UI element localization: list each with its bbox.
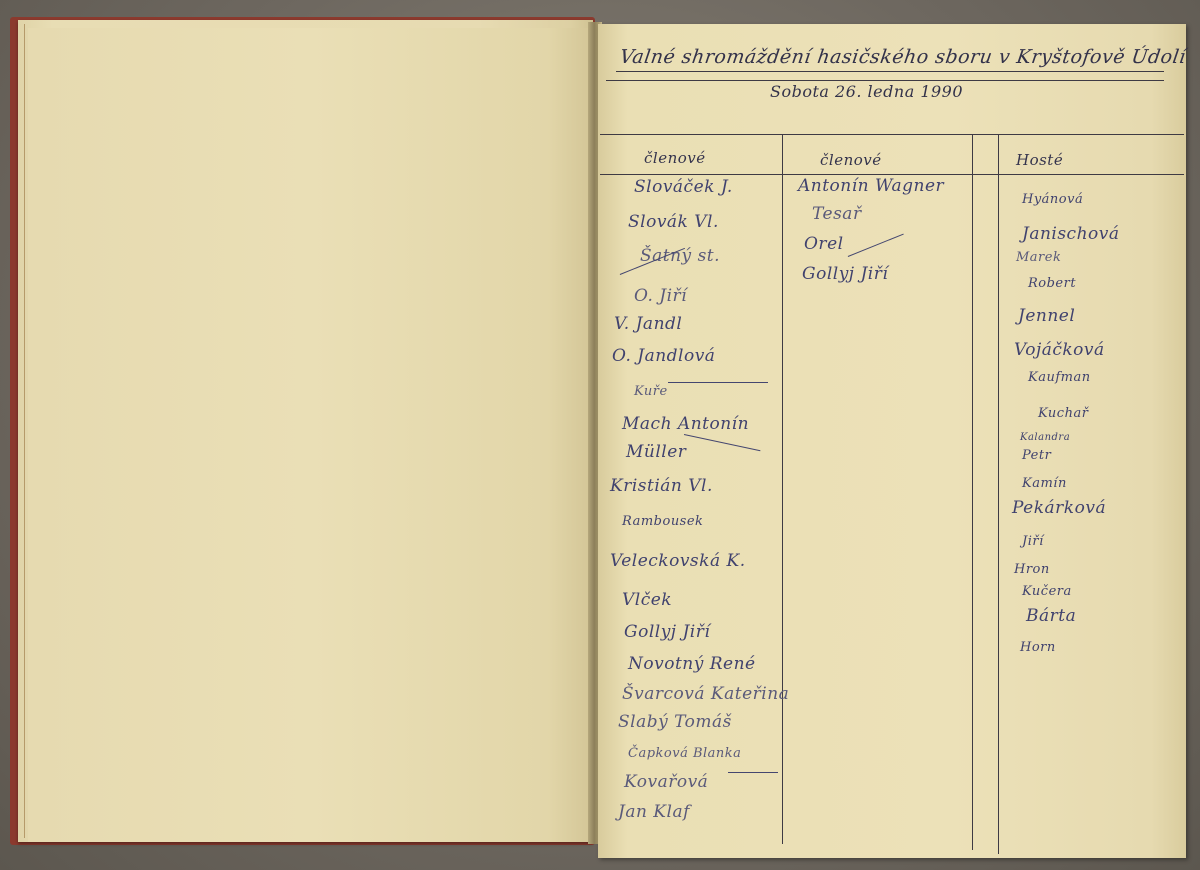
signature: Orel [804, 234, 844, 254]
signature: Hron [1014, 562, 1050, 577]
signature: Kučera [1022, 584, 1072, 599]
signature: Kovařová [624, 772, 708, 792]
column-divider-3 [998, 134, 999, 854]
left-page-paper [28, 28, 593, 842]
signature: Bárta [1026, 606, 1076, 626]
signature: Horn [1020, 640, 1056, 655]
signature: Antonín Wagner [798, 176, 944, 196]
signature: Petr [1022, 448, 1051, 463]
signature: Jennel [1018, 306, 1075, 326]
signature: Kalandra [1020, 432, 1070, 443]
signature: Slabý Tomáš [618, 712, 732, 732]
signature: Slovák Vl. [628, 212, 719, 232]
column-divider-1 [782, 134, 783, 844]
signature: Mach Antonín [622, 414, 749, 434]
signature: O. Jiří [634, 286, 687, 306]
document-date: Sobota 26. ledna 1990 [770, 82, 963, 101]
signature: Jiří [1022, 534, 1044, 549]
signature: Gollyj Jiří [624, 622, 710, 642]
signature: V. Jandl [614, 314, 682, 334]
signature: O. Jandlová [612, 346, 715, 366]
signature: Vlček [622, 590, 672, 610]
signature: Janischová [1022, 224, 1120, 244]
signature-underline [668, 382, 768, 383]
signature: Kristián Vl. [610, 476, 713, 496]
signature: Vojáčková [1014, 340, 1105, 360]
column-header-members-1: členové [644, 149, 706, 167]
signature: Gollyj Jiří [802, 264, 888, 284]
right-page-register: Valné shromáždění hasičského sboru v Kry… [598, 24, 1186, 858]
signature: Müller [626, 442, 686, 462]
signature: Robert [1028, 276, 1076, 291]
column-header-guests: Hosté [1016, 151, 1063, 169]
column-header-members-2: členové [820, 151, 882, 169]
signature: Tesař [812, 204, 862, 224]
signature: Hyánová [1022, 192, 1083, 207]
signature: Veleckovská K. [610, 551, 746, 571]
signature: Kamín [1022, 476, 1067, 491]
column-divider-2 [972, 134, 973, 850]
signature: Kuchař [1038, 406, 1088, 421]
title-underline [616, 71, 1164, 72]
page-edge-line [24, 24, 25, 838]
left-page-blank [18, 20, 593, 842]
signature-flourish [848, 234, 904, 258]
document-title: Valné shromáždění hasičského sboru v Kry… [618, 46, 1187, 68]
signature: Marek [1016, 250, 1061, 265]
table-top-rule [600, 134, 1184, 135]
signature: Pekárková [1012, 498, 1106, 518]
signature: Rambousek [622, 514, 703, 529]
signature: Novotný René [628, 654, 756, 674]
signature-underline [728, 772, 778, 773]
signature: Švarcová Kateřina [622, 684, 789, 704]
signature: Kaufman [1028, 370, 1091, 385]
signature-flourish [684, 434, 761, 452]
signature: Slováček J. [634, 177, 733, 197]
signature: Čapková Blanka [628, 746, 741, 761]
signature: Kuře [634, 384, 668, 399]
signature: Jan Klaf [618, 802, 690, 822]
